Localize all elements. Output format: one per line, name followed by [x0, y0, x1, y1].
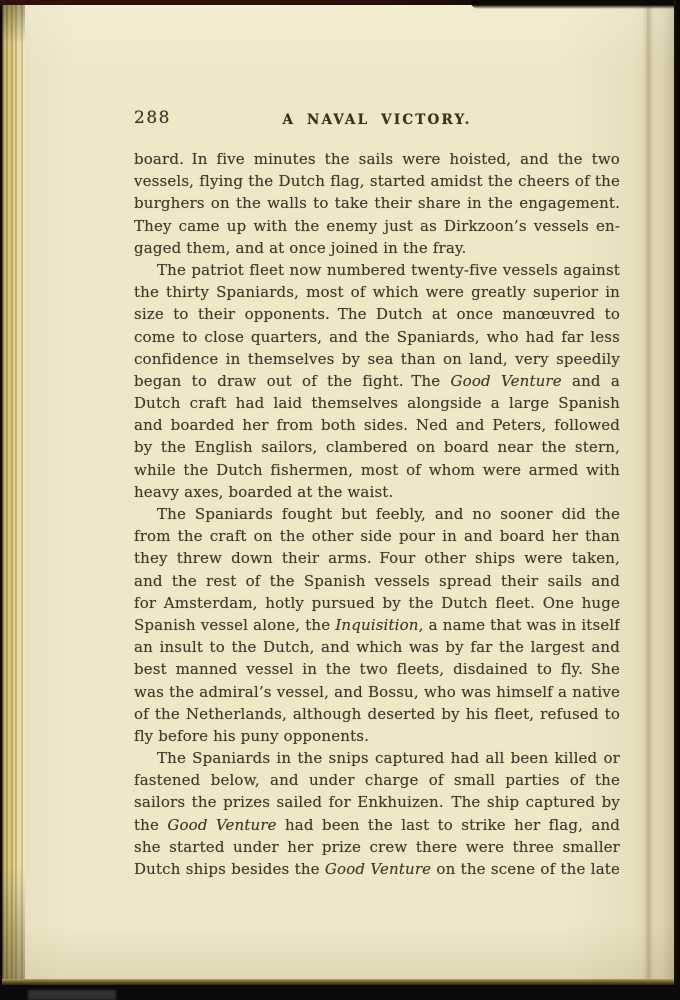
scanner-gray-patch [28, 990, 116, 1000]
text-line: the thirty Spaniards, most of which were… [134, 281, 620, 303]
text-line: fly before his puny opponents. [134, 725, 620, 747]
text-line: The Spaniards in the snips captured had … [134, 747, 620, 769]
text-line: best manned vessel in the two fleets, di… [134, 658, 620, 680]
running-header: A NAVAL VICTORY. [134, 111, 620, 129]
text-line: heavy axes, boarded at the waist. [134, 481, 620, 503]
text-line: Dutch ships besides the Good Venture on … [134, 858, 620, 880]
text-line: by the English sailors, clambered on boa… [134, 436, 620, 458]
text-line: burghers on the walls to take their shar… [134, 192, 620, 214]
text-line: the Good Venture had been the last to st… [134, 814, 620, 836]
text-line: size to their opponents. The Dutch at on… [134, 303, 620, 325]
text-line: for Amsterdam, hotly pursued by the Dutc… [134, 592, 620, 614]
text-line: gaged them, and at once joined in the fr… [134, 237, 620, 259]
text-line: The patriot fleet now numbered twenty-fi… [134, 259, 620, 281]
scanned-book-photo: 288 A NAVAL VICTORY. board. In five minu… [0, 0, 680, 1000]
text-line: while the Dutch fishermen, most of whom … [134, 459, 620, 481]
text-line: fastened below, and under charge of smal… [134, 769, 620, 791]
book-page: 288 A NAVAL VICTORY. board. In five minu… [2, 4, 674, 985]
text-line: of the Netherlands, although deserted by… [134, 703, 620, 725]
page-edge-strips [2, 4, 25, 985]
text-line: she started under her prize crew there w… [134, 836, 620, 858]
text-line: and the rest of the Spanish vessels spre… [134, 570, 620, 592]
text-line: They came up with the enemy just as Dirk… [134, 215, 620, 237]
body-text: board. In five minutes the sails were ho… [134, 148, 620, 880]
text-line: come to close quarters, and the Spaniard… [134, 326, 620, 348]
text-line: was the admiral’s vessel, and Bossu, who… [134, 681, 620, 703]
text-line: began to draw out of the fight. The Good… [134, 370, 620, 392]
text-line: an insult to the Dutch, and which was by… [134, 636, 620, 658]
text-line: sailors the prizes sailed for Enkhuizen.… [134, 791, 620, 813]
text-line: confidence in themselves by sea than on … [134, 348, 620, 370]
text-line: vessels, flying the Dutch flag, started … [134, 170, 620, 192]
book-right-edge [674, 0, 680, 1000]
text-line: The Spaniards fought but feebly, and no … [134, 503, 620, 525]
text-line: and boarded her from both sides. Ned and… [134, 414, 620, 436]
page-crease [647, 4, 650, 985]
text-line: from the craft on the other side pour in… [134, 525, 620, 547]
text-line: they threw down their arms. Four other s… [134, 547, 620, 569]
text-line: Dutch craft had laid themselves alongsid… [134, 392, 620, 414]
book-top-edge-shadow [470, 0, 676, 9]
text-line: Spanish vessel alone, the Inquisition, a… [134, 614, 620, 636]
text-line: board. In five minutes the sails were ho… [134, 148, 620, 170]
